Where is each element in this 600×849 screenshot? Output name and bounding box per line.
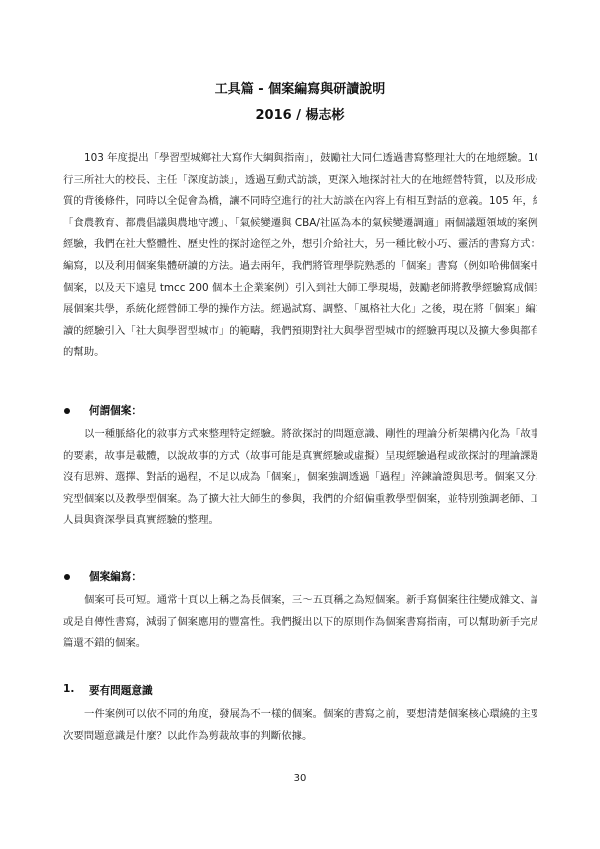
text-line: 次要問題意識是什麼？以此作為剪裁故事的判斷依據。 xyxy=(63,726,537,748)
text-line: 展個案共學，系統化經營師工學的操作方法。經過試寫、調整、「風格社大化」之後，現在… xyxy=(63,299,537,321)
section-heading-text: 個案編寫： xyxy=(89,569,142,584)
text-line: 篇還不錯的個案。 xyxy=(63,633,537,655)
text-line: 個案，以及天下遠見 tmcc 200 個本土企業案例）引入到社大師工學現場，鼓勵… xyxy=(63,278,537,300)
section-heading-what-is-case: 何謂個案： xyxy=(63,403,142,418)
text-line: 或是自傳性書寫，減弱了個案應用的豐富性。我們擬出以下的原則作為個案書寫指南，可以… xyxy=(63,612,537,634)
section-paragraph: 個案可長可短。通常十頁以上稱之為長個案，三～五頁稱之為短個案。新手寫個案往往變成… xyxy=(63,590,537,655)
numbered-heading-problem-awareness: 1. 要有問題意識 xyxy=(63,683,153,698)
text-line: 究型個案以及教學型個案。為了擴大社大師生的參與，我們的介紹偏重教學型個案，並特別… xyxy=(63,489,537,511)
text-line: 103 年度提出「學習型城鄉社大寫作大綱與指南」，鼓勵社大同仁透過書寫整理社大的… xyxy=(63,148,537,170)
section-paragraph: 一件案例可以依不同的角度，發展為不一樣的個案。個案的書寫之前，要想清楚個案核心環… xyxy=(63,704,537,747)
text-line: 個案可長可短。通常十頁以上稱之為長個案，三～五頁稱之為短個案。新手寫個案往往變成… xyxy=(63,590,537,612)
text-line: 經驗，我們在社大整體性、歷史性的探討途徑之外，想引介給社大，另一種比較小巧、靈活… xyxy=(63,234,537,256)
intro-paragraph: 103 年度提出「學習型城鄉社大寫作大綱與指南」，鼓勵社大同仁透過書寫整理社大的… xyxy=(63,148,537,364)
text-line: 一件案例可以依不同的角度，發展為不一樣的個案。個案的書寫之前，要想清楚個案核心環… xyxy=(63,704,537,726)
text-line: 以一種脈絡化的敘事方式來整理特定經驗。將欲探討的問題意識、剛性的理論分析架構內化… xyxy=(63,424,537,446)
section-paragraph: 以一種脈絡化的敘事方式來整理特定經驗。將欲探討的問題意識、剛性的理論分析架構內化… xyxy=(63,424,537,532)
text-line: 讀的經驗引入「社大與學習型城市」的範疇，我們預期對社大與學習型城市的經驗再現以及… xyxy=(63,321,537,343)
bullet-icon xyxy=(64,574,70,580)
text-line: 的幫助。 xyxy=(63,342,537,364)
text-line: 人員與資深學員真實經驗的整理。 xyxy=(63,510,537,532)
text-line: 沒有思辨、選擇、對話的過程，不足以成為「個案」，個案強調透過「過程」淬鍊論證與思… xyxy=(63,467,537,489)
document-author-year: 2016 / 楊志彬 xyxy=(0,104,600,123)
text-line: 質的背後條件，同時以全促會為橋，讓不同時空進行的社大訪談在內容上有相互對話的意義… xyxy=(63,191,537,213)
section-heading-case-writing: 個案編寫： xyxy=(63,569,142,584)
text-line: 編寫，以及利用個案集體研讀的方法。過去兩年，我們將管理學院熟悉的「個案」書寫（例… xyxy=(63,256,537,278)
page-number: 30 xyxy=(0,773,600,784)
numbered-heading-text: 要有問題意識 xyxy=(89,683,153,698)
document-title: 工具篇 - 個案編寫與研讀說明 xyxy=(0,78,600,97)
list-number: 1. xyxy=(63,683,89,698)
text-line: 「食農教育、都農倡議與農地守護」、「氣候變遷與 CBA/社區為本的氣候變遷調適」… xyxy=(63,213,537,235)
bullet-icon xyxy=(64,408,70,414)
section-heading-text: 何謂個案： xyxy=(89,403,142,418)
text-line: 行三所社大的校長、主任「深度訪談」，透過互動式訪談，更深入地探討社大的在地經營特… xyxy=(63,170,537,192)
text-line: 的要素，故事是載體，以說故事的方式（故事可能是真實經驗或虛擬）呈現經驗過程或欲探… xyxy=(63,446,537,468)
